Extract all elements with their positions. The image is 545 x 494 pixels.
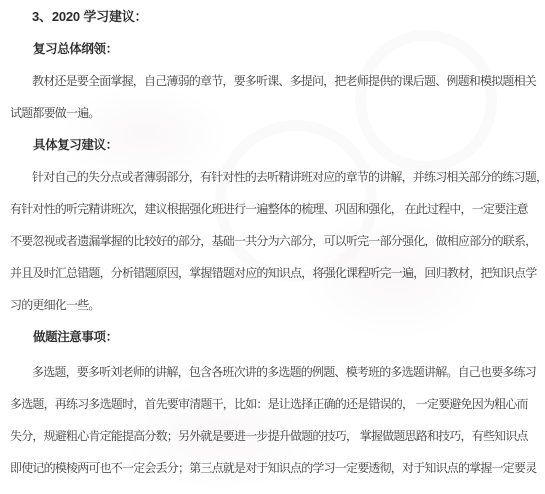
document-content: 3、2020 学习建议： 复习总体纲领： 教材还是要全面掌握，自己薄弱的章节，要… <box>10 1 540 484</box>
text-line: 失分，规避粗心肯定能提高分数；另外就是要进一步提升做题的技巧， 掌握做题思路和技… <box>10 420 540 452</box>
text-line: 针对自己的失分点或者薄弱部分，有针对性的去听精讲班对应的章节的讲解，并练习相关部… <box>10 161 540 193</box>
text-line: 教材还是要全面掌握，自己薄弱的章节，要多听课、多提问，把老师提供的课后题、例题和… <box>10 65 540 97</box>
section-heading-review-outline: 复习总体纲领： <box>10 33 540 65</box>
text-line: 多选题，要多听刘老师的讲解，包含各班次讲的多选题的例题、模考班的多选题讲解。自己… <box>10 356 540 388</box>
section-heading-specific-advice: 具体复习建议： <box>10 129 540 161</box>
text-line: 有针对性的听完精讲班次，建议根据强化班进行一遍整体的梳理、巩固和强化， 在此过程… <box>10 193 540 225</box>
text-line: 即使记的模棱两可也不一定会丢分；第三点就是对于知识点的学习一定要透彻，对于知识点… <box>10 452 540 484</box>
text-line: 多选题，再练习多选题时，首先要审清题干，比如：是让选择正确的还是错误的， 一定要… <box>10 388 540 420</box>
text-line: 并且及时汇总错题，分析错题原因，掌握错题对应的知识点，将强化课程听完一遍，回归教… <box>10 257 540 289</box>
text-line: 习的更细化一些。 <box>10 289 540 321</box>
text-line: 不要忽视或者遗漏掌握的比较好的部分，基础一共分为六部分，可以听完一部分强化，做相… <box>10 225 540 257</box>
document-title: 3、2020 学习建议： <box>10 1 540 33</box>
text-line: 试题都要做一遍。 <box>10 97 540 129</box>
section-heading-exam-tips: 做题注意事项： <box>10 321 540 353</box>
document-page: 3、2020 学习建议： 复习总体纲领： 教材还是要全面掌握，自己薄弱的章节，要… <box>0 0 545 494</box>
